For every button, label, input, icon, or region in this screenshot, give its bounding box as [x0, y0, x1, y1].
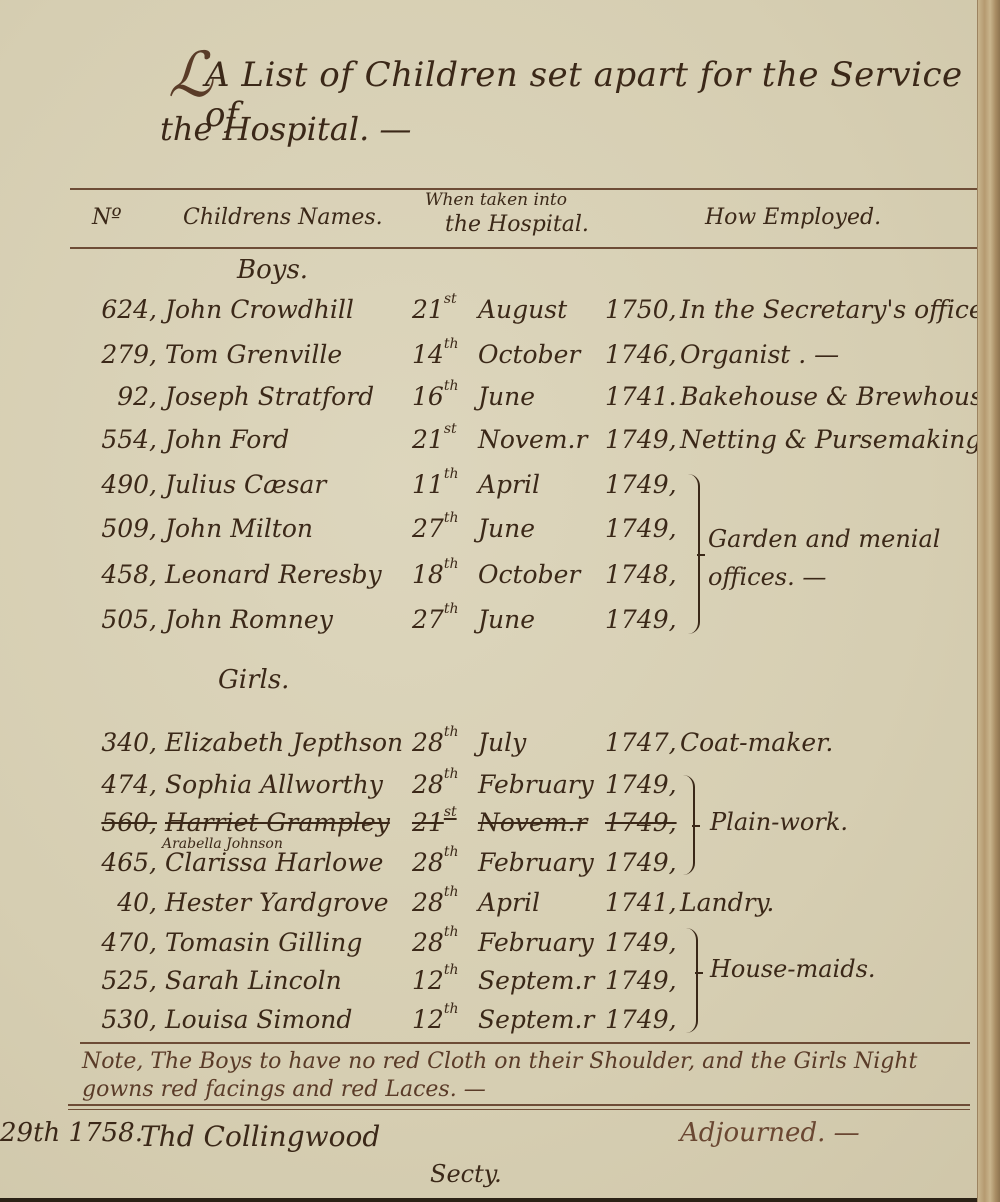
admission-number: 490,: [95, 470, 157, 499]
admission-number: 465,: [95, 848, 157, 877]
child-name: Tom Grenville: [165, 340, 342, 369]
note-top-rule: [80, 1042, 970, 1044]
header-no: Nº: [92, 205, 122, 230]
note-bottom-rule-2: [68, 1109, 970, 1110]
year: 1749,: [605, 848, 677, 877]
header-childrens-names: Childrens Names.: [183, 205, 383, 230]
month: Septem.r: [478, 966, 594, 995]
admission-number: 474,: [95, 770, 157, 799]
group-employment-plain-work: Plain-work.: [710, 808, 848, 836]
month: April: [478, 470, 540, 499]
day: 21st: [412, 295, 457, 324]
day: 27th: [412, 605, 458, 634]
employment: Landry.: [680, 888, 774, 917]
admission-number: 505,: [95, 605, 157, 634]
employment: Coat-maker.: [680, 728, 833, 757]
boy-row: 624, John Crowdhill 21st August 1750, In…: [0, 295, 1000, 335]
employment: In the Secretary's office.: [680, 295, 992, 324]
note-text: Note, The Boys to have no red Cloth on t…: [82, 1048, 962, 1104]
admission-number: 624,: [95, 295, 157, 324]
admission-number: 40,: [95, 888, 157, 917]
admission-number: 340,: [95, 728, 157, 757]
header-how-employed: How Employed.: [705, 205, 881, 230]
year: 1749,: [605, 470, 677, 499]
child-name: Hester Yardgrove: [165, 888, 389, 917]
day: 21st: [412, 808, 457, 837]
child-name: Tomasin Gilling: [165, 928, 362, 957]
month: June: [478, 514, 535, 543]
employment: Bakehouse & Brewhouse.: [680, 382, 1000, 411]
child-name: Clarissa Harlowe: [165, 848, 383, 877]
adjourned-note: Adjourned. —: [680, 1118, 860, 1148]
day: 27th: [412, 514, 458, 543]
month: February: [478, 928, 594, 957]
year: 1749,: [605, 425, 677, 454]
month: October: [478, 340, 580, 369]
brace-point: [697, 554, 705, 556]
child-name: Harriet Grampley: [165, 808, 390, 837]
girl-row-struck: 560, Harriet Grampley 21st Novem.r 1749,: [0, 808, 1000, 848]
admission-number: 470,: [95, 928, 157, 957]
year: 1750,: [605, 295, 677, 324]
boy-row: 92, Joseph Stratford 16th June 1741. Bak…: [0, 382, 1000, 422]
year: 1741,: [605, 888, 677, 917]
girl-row: 465, Clarissa Harlowe 28th February 1749…: [0, 848, 1000, 888]
group-employment-house-maids: House-maids.: [710, 955, 876, 983]
day: 18th: [412, 560, 458, 589]
boy-row: 505, John Romney 27th June 1749,: [0, 605, 1000, 645]
girl-row: 340, Elizabeth Jepthson 28th July 1747, …: [0, 728, 1000, 768]
day: 14th: [412, 340, 458, 369]
book-binding-edge: [977, 0, 1000, 1202]
year: 1749,: [605, 605, 677, 634]
document-title-continued: the Hospital. —: [160, 110, 411, 148]
child-name: Leonard Reresby: [165, 560, 382, 589]
employment: Netting & Pursemaking.: [680, 425, 989, 454]
year: 1749,: [605, 966, 677, 995]
year: 1749,: [605, 928, 677, 957]
section-girls: Girls.: [218, 665, 289, 695]
admission-number: 525,: [95, 966, 157, 995]
month: July: [478, 728, 526, 757]
note-bottom-rule-1: [68, 1104, 970, 1106]
child-name: John Ford: [165, 425, 289, 454]
page-bottom-edge: [0, 1198, 1000, 1202]
child-name: John Romney: [165, 605, 333, 634]
child-name: John Milton: [165, 514, 313, 543]
boy-row: 554, John Ford 21st Novem.r 1749, Nettin…: [0, 425, 1000, 465]
brace-point: [695, 972, 703, 974]
month: February: [478, 848, 594, 877]
header-bottom-rule: [70, 247, 978, 249]
month: August: [478, 295, 567, 324]
admission-number: 509,: [95, 514, 157, 543]
girl-row: 40, Hester Yardgrove 28th April 1741, La…: [0, 888, 1000, 928]
child-name: Joseph Stratford: [165, 382, 374, 411]
signature: Thd Collingwood: [140, 1120, 380, 1153]
year: 1741.: [605, 382, 677, 411]
day: 28th: [412, 888, 458, 917]
signature-title: Secty.: [430, 1160, 502, 1188]
child-name: John Crowdhill: [165, 295, 354, 324]
boy-row: 279, Tom Grenville 14th October 1746, Or…: [0, 340, 1000, 380]
year: 1747,: [605, 728, 677, 757]
day: 28th: [412, 848, 458, 877]
section-boys: Boys.: [237, 255, 308, 285]
year: 1746,: [605, 340, 677, 369]
girl-row: 474, Sophia Allworthy 28th February 1749…: [0, 770, 1000, 810]
year: 1749,: [605, 514, 677, 543]
year: 1749,: [605, 1005, 677, 1034]
admission-number: 92,: [95, 382, 157, 411]
month: Septem.r: [478, 1005, 594, 1034]
day: 16th: [412, 382, 458, 411]
header-when-taken-line2: the Hospital.: [445, 212, 589, 237]
day: 12th: [412, 966, 458, 995]
year: 1748,: [605, 560, 677, 589]
day: 28th: [412, 928, 458, 957]
child-name: Sarah Lincoln: [165, 966, 342, 995]
boy-row: 490, Julius Cæsar 11th April 1749,: [0, 470, 1000, 510]
header-when-taken-line1: When taken into: [425, 190, 567, 210]
child-name: Julius Cæsar: [165, 470, 326, 499]
child-name: Sophia Allworthy: [165, 770, 383, 799]
day: 11th: [412, 470, 458, 499]
month: April: [478, 888, 540, 917]
month: Novem.r: [478, 425, 587, 454]
group-employment-garden: Garden and menial offices. —: [708, 520, 948, 596]
admission-number: 458,: [95, 560, 157, 589]
brace-house-maids-group: [686, 928, 698, 1033]
month: June: [478, 605, 535, 634]
manuscript-page: ℒ A List of Children set apart for the S…: [0, 0, 1000, 1202]
admission-number: 560,: [95, 808, 157, 837]
employment: Organist . —: [680, 340, 839, 369]
year: 1749,: [605, 770, 677, 799]
admission-number: 279,: [95, 340, 157, 369]
year: 1749,: [605, 808, 677, 837]
day: 12th: [412, 1005, 458, 1034]
child-name: Elizabeth Jepthson: [165, 728, 403, 757]
footer-date: 29th 1758.: [0, 1118, 143, 1148]
admission-number: 530,: [95, 1005, 157, 1034]
month: February: [478, 770, 594, 799]
girl-row: 530, Louisa Simond 12th Septem.r 1749,: [0, 1005, 1000, 1045]
day: 21st: [412, 425, 457, 454]
month: October: [478, 560, 580, 589]
day: 28th: [412, 770, 458, 799]
admission-number: 554,: [95, 425, 157, 454]
child-name: Louisa Simond: [165, 1005, 352, 1034]
day: 28th: [412, 728, 458, 757]
month: Novem.r: [478, 808, 587, 837]
month: June: [478, 382, 535, 411]
brace-point: [692, 825, 700, 827]
